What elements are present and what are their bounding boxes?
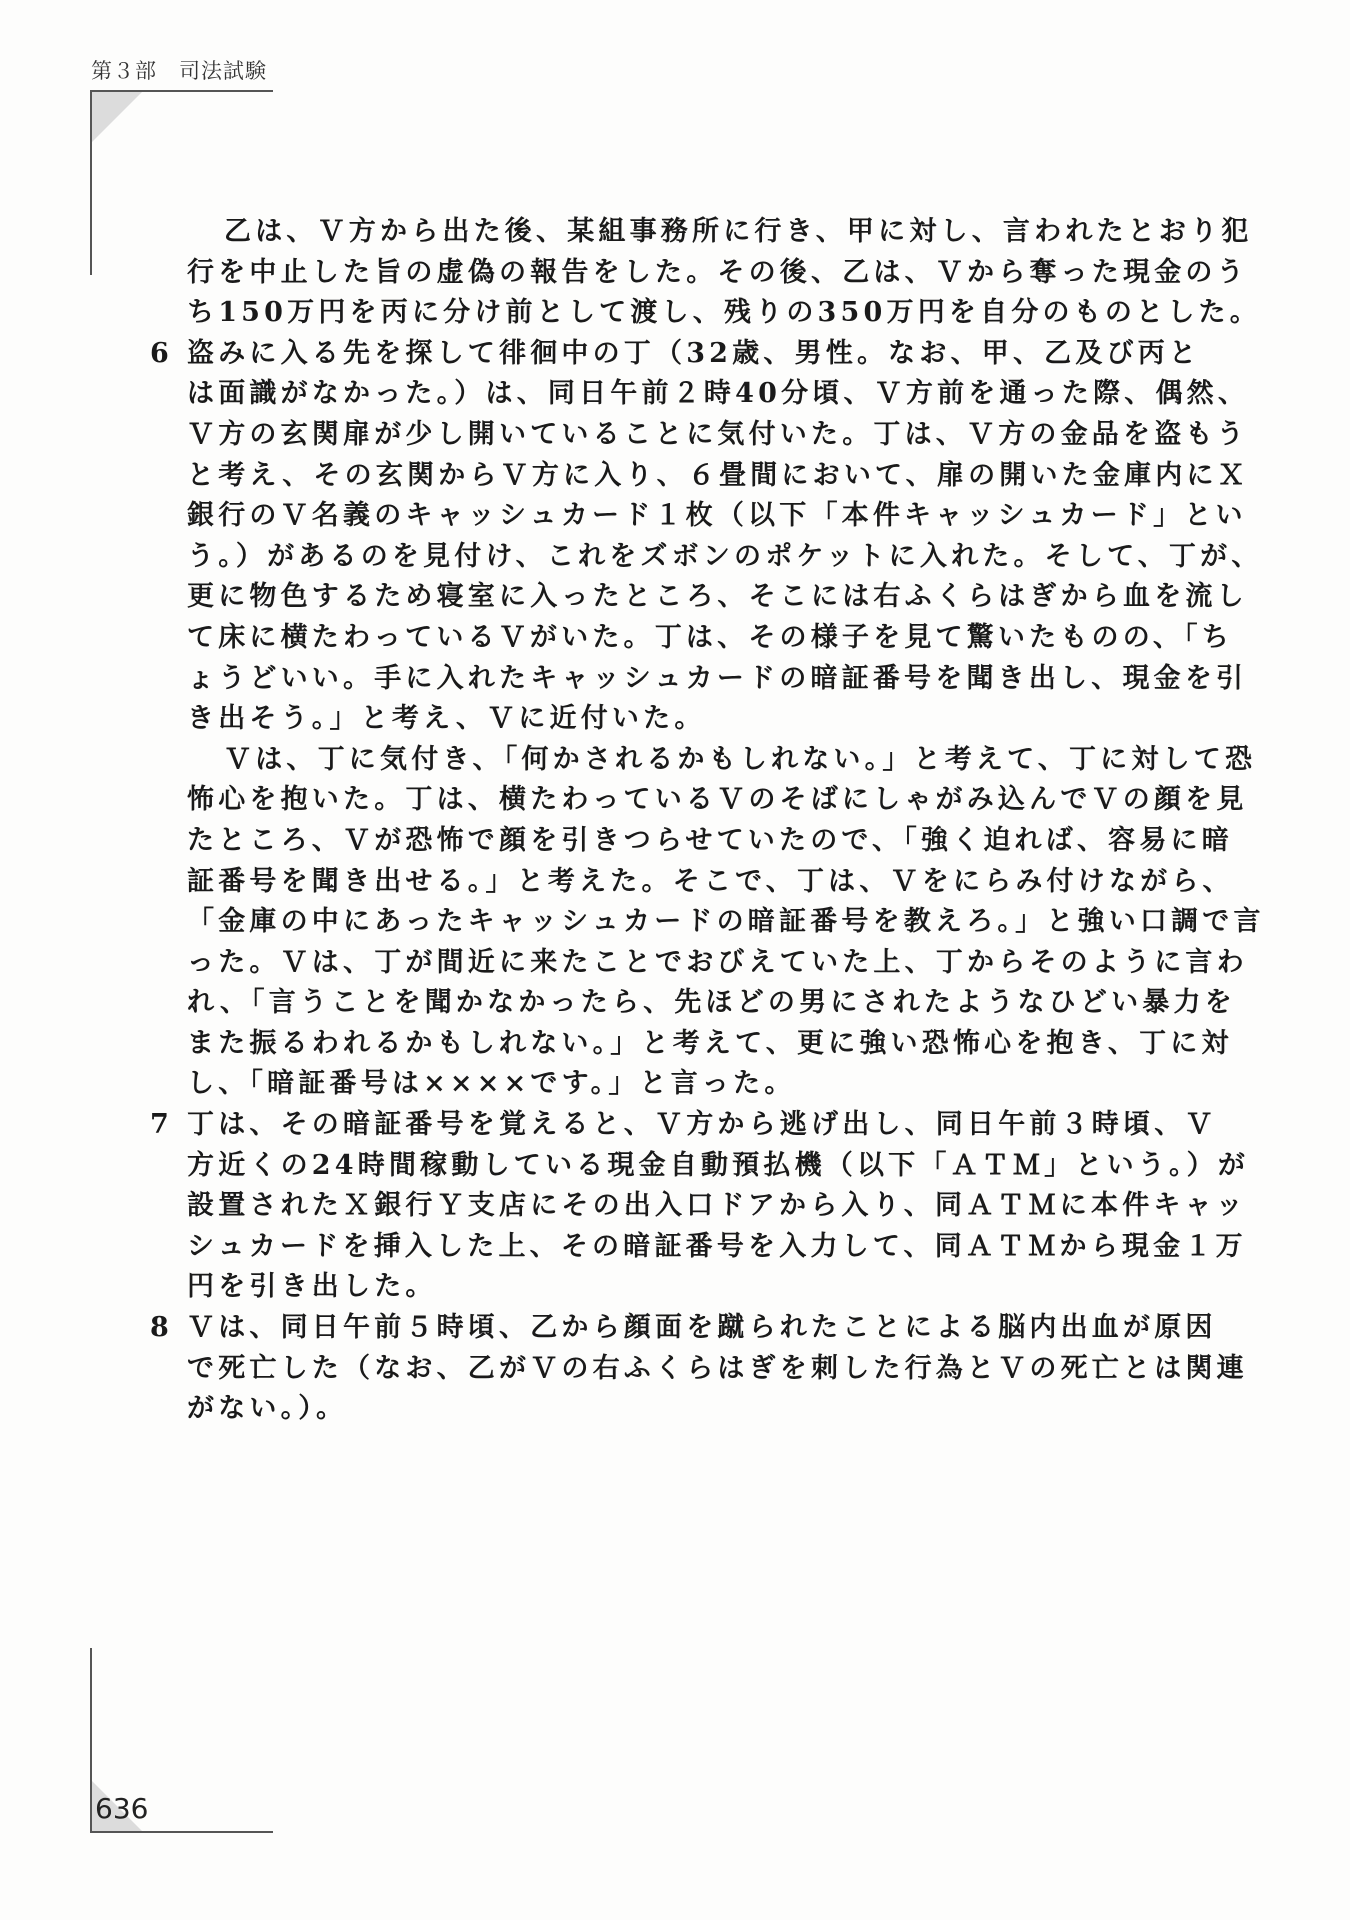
text-line: 円を引き出した。 bbox=[150, 1267, 1130, 1308]
text-line: は面識がなかった。）は、同日午前２時40分頃、Ｖ方前を通った際、偶然、 bbox=[150, 374, 1130, 415]
text-line: て床に横たわっているＶがいた。丁は、その様子を見て驚いたものの、「ち bbox=[150, 618, 1130, 659]
text-line: で死亡した（なお、乙がＶの右ふくらはぎを刺した行為とＶの死亡とは関連 bbox=[150, 1349, 1130, 1390]
text-line: き出そう。」と考え、Ｖに近付いた。 bbox=[150, 699, 1130, 740]
item-text: Ｖは、同日午前５時頃、乙から顔面を蹴られたことによる脳内出血が原因 bbox=[187, 1312, 1217, 1343]
body-text: 乙は、Ｖ方から出た後、某組事務所に行き、甲に対し、言われたとおり犯 行を中止した… bbox=[150, 212, 1130, 1430]
text-line: う。）があるのを見付け、これをズボンのポケットに入れた。そして、丁が、 bbox=[150, 537, 1130, 578]
text-line: 更に物色するため寝室に入ったところ、そこには右ふくらはぎから血を流し bbox=[150, 577, 1130, 618]
text-line: 乙は、Ｖ方から出た後、某組事務所に行き、甲に対し、言われたとおり犯 bbox=[150, 212, 1130, 253]
running-head: 第３部 司法試験 bbox=[91, 55, 267, 85]
text-line: し、「暗証番号は××××です。」と言った。 bbox=[150, 1064, 1130, 1105]
item-text: 丁は、その暗証番号を覚えると、Ｖ方から逃げ出し、同日午前３時頃、Ｖ bbox=[187, 1109, 1217, 1140]
text-line: 「金庫の中にあったキャッシュカードの暗証番号を教えろ。」と強い口調で言 bbox=[150, 902, 1130, 943]
item-text: 盗みに入る先を探して徘徊中の丁（32歳、男性。なお、甲、乙及び丙と bbox=[187, 338, 1200, 369]
text-line: 証番号を聞き出せる。」と考えた。そこで、丁は、Ｖをにらみ付けながら、 bbox=[150, 862, 1130, 903]
text-line: 銀行のＶ名義のキャッシュカード１枚（以下「本件キャッシュカード」とい bbox=[150, 496, 1130, 537]
list-item-6: 6盗みに入る先を探して徘徊中の丁（32歳、男性。なお、甲、乙及び丙と bbox=[150, 334, 1130, 375]
list-item-8: 8Ｖは、同日午前５時頃、乙から顔面を蹴られたことによる脳内出血が原因 bbox=[150, 1308, 1130, 1349]
item-number: 6 bbox=[150, 334, 187, 375]
text-line: シュカードを挿入した上、その暗証番号を入力して、同ＡＴＭから現金１万 bbox=[150, 1227, 1130, 1268]
item-number: 8 bbox=[150, 1308, 187, 1349]
text-line: れ、「言うことを聞かなかったら、先ほどの男にされたようなひどい暴力を bbox=[150, 983, 1130, 1024]
text-line: ょうどいい。手に入れたキャッシュカードの暗証番号を聞き出し、現金を引 bbox=[150, 659, 1130, 700]
text-line: たところ、Ｖが恐怖で顔を引きつらせていたので、「強く迫れば、容易に暗 bbox=[150, 821, 1130, 862]
top-corner-triangle-decoration bbox=[92, 92, 142, 142]
item-number: 7 bbox=[150, 1105, 187, 1146]
bottom-corner-rule-horizontal bbox=[90, 1831, 273, 1833]
text-line: Ｖ方の玄関扉が少し開いていることに気付いた。丁は、Ｖ方の金品を盗もう bbox=[150, 415, 1130, 456]
text-line: ち150万円を丙に分け前として渡し、残りの350万円を自分のものとした。 bbox=[150, 293, 1130, 334]
page-number: 636 bbox=[95, 1792, 148, 1825]
text-line: 怖心を抱いた。丁は、横たわっているＶのそばにしゃがみ込んでＶの顔を見 bbox=[150, 780, 1130, 821]
text-line: 方近くの24時間稼動している現金自動預払機（以下「ＡＴＭ」という。）が bbox=[150, 1146, 1130, 1187]
list-item-7: 7丁は、その暗証番号を覚えると、Ｖ方から逃げ出し、同日午前３時頃、Ｖ bbox=[150, 1105, 1130, 1146]
text-line: 設置されたＸ銀行Ｙ支店にその出入口ドアから入り、同ＡＴＭに本件キャッ bbox=[150, 1186, 1130, 1227]
text-line: がない。）。 bbox=[150, 1389, 1130, 1430]
text-line: Ｖは、丁に気付き、「何かされるかもしれない。」と考えて、丁に対して恐 bbox=[150, 740, 1130, 781]
text-line: った。Ｖは、丁が間近に来たことでおびえていた上、丁からそのように言わ bbox=[150, 943, 1130, 984]
text-line: また振るわれるかもしれない。」と考えて、更に強い恐怖心を抱き、丁に対 bbox=[150, 1024, 1130, 1065]
text-line: と考え、その玄関からＶ方に入り、６畳間において、扉の開いた金庫内にＸ bbox=[150, 456, 1130, 497]
text-line: 行を中止した旨の虚偽の報告をした。その後、乙は、Ｖから奪った現金のう bbox=[150, 253, 1130, 294]
